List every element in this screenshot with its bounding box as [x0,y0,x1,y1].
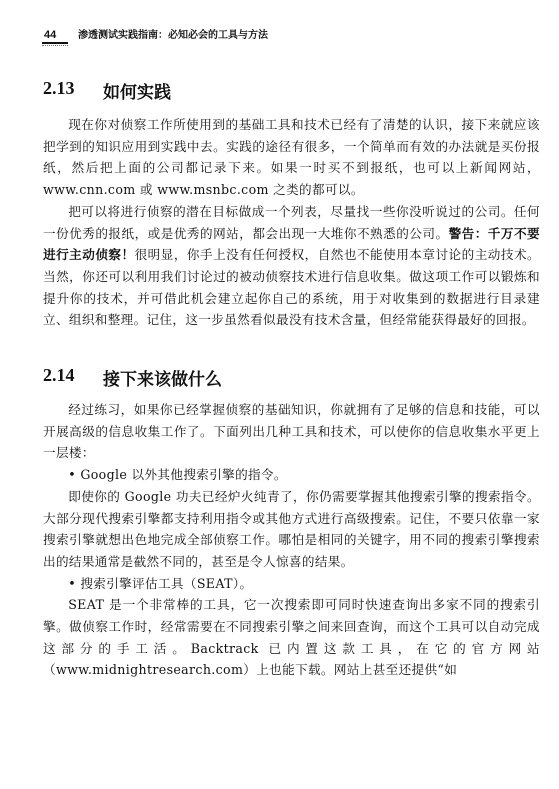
page-number: 44 [42,29,68,44]
running-title: 渗透测试实践指南：必知必会的工具与方法 [78,26,268,44]
paragraph: SEAT 是一个非常棒的工具，它一次搜索即可同时快速查询出多家不同的搜索引擎。做… [43,594,540,681]
bullet-item: • Google 以外其他搜索引擎的指令。 [43,464,540,486]
paragraph: 现在你对侦察工作所使用到的基础工具和技术已经有了清楚的认识，接下来就应该把学到的… [43,114,540,201]
page-body: 2.13 如何实践 现在你对侦察工作所使用到的基础工具和技术已经有了清楚的认识，… [43,78,540,681]
bullet-item: • 搜索引擎评估工具（SEAT）。 [43,573,540,595]
section-title: 接下来该做什么 [103,365,222,399]
paragraph: 经过练习，如果你已经掌握侦察的基础知识，你就拥有了足够的信息和技能，可以开展高级… [43,399,540,464]
section-heading-2-14: 2.14 接下来该做什么 [43,365,540,399]
section-number: 2.14 [43,365,103,399]
page-header: 44 渗透测试实践指南：必知必会的工具与方法 [42,24,268,44]
paragraph: 即使你的 Google 功夫已经炉火纯青了，你仍需要掌握其他搜索引擎的搜索指令。… [43,486,540,573]
section-heading-2-13: 2.13 如何实践 [43,78,540,114]
paragraph: 把可以将进行侦察的潜在目标做成一个列表，尽量找一些你没听说过的公司。任何一份优秀… [43,201,540,331]
section-number: 2.13 [43,78,103,114]
section-title: 如何实践 [103,78,171,114]
